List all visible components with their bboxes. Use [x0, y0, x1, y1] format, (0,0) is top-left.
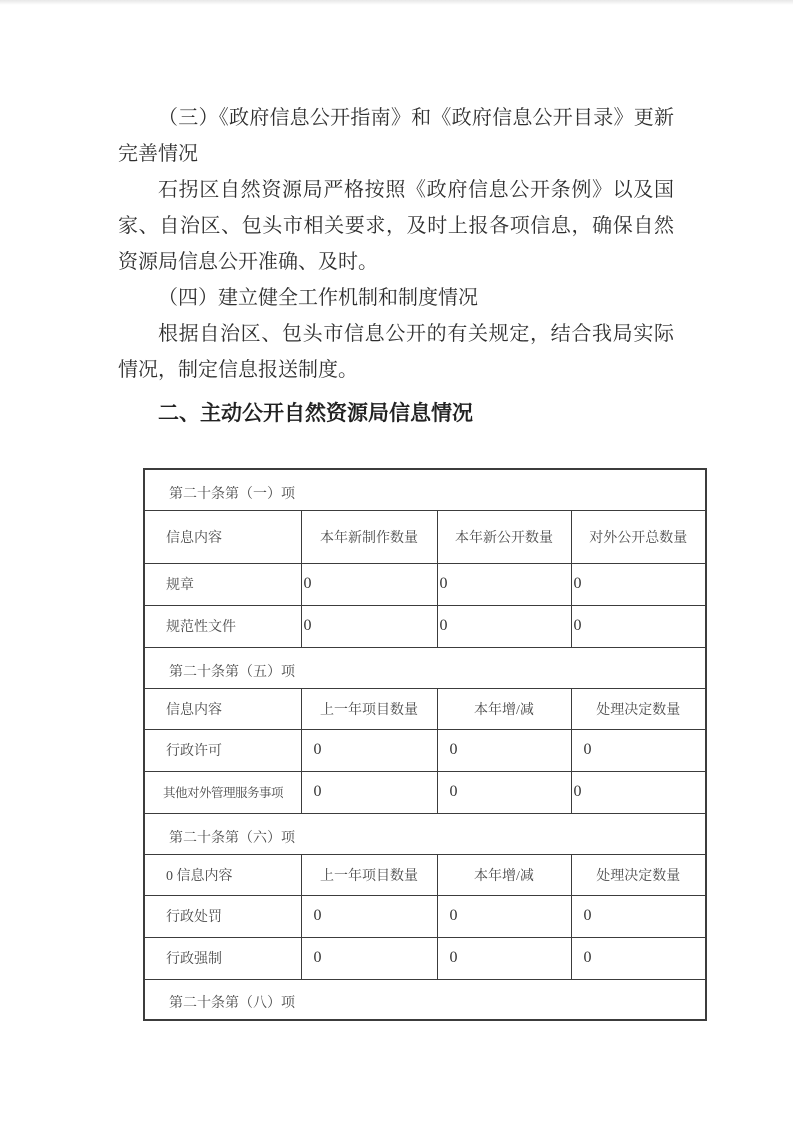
- paragraph-guide-catalog-update: （三）《政府信息公开指南》和《政府信息公开目录》更新完善情况: [118, 100, 674, 172]
- cell-value: 0: [437, 771, 571, 813]
- row-label: 行政处罚: [144, 895, 301, 937]
- paragraph-reporting-compliance: 石拐区自然资源局严格按照《政府信息公开条例》以及国家、自治区、包头市相关要求，及…: [118, 172, 674, 280]
- table-header-row: 信息内容本年新制作数量本年新公开数量对外公开总数量: [144, 510, 706, 563]
- cell-value: 0: [301, 937, 437, 979]
- table-header-row: 信息内容上一年项目数量本年增/减处理决定数量: [144, 688, 706, 729]
- table-section-row: 第二十条第（六）项: [144, 813, 706, 854]
- table-section-row: 第二十条第（一）项: [144, 469, 706, 510]
- column-header: 上一年项目数量: [301, 854, 437, 895]
- document-page: （三）《政府信息公开指南》和《政府信息公开目录》更新完善情况 石拐区自然资源局严…: [0, 0, 793, 1122]
- cell-value: 0: [437, 895, 571, 937]
- row-label: 行政强制: [144, 937, 301, 979]
- column-header: 本年增/减: [437, 854, 571, 895]
- column-header: 处理决定数量: [571, 854, 706, 895]
- table-data-row: 规范性文件000: [144, 605, 706, 647]
- row-label: 其他对外管理服务事项: [144, 771, 301, 813]
- cell-value: 0: [571, 937, 706, 979]
- cell-value: 0: [571, 563, 706, 605]
- table-data-row: 其他对外管理服务事项000: [144, 771, 706, 813]
- section-label: 第二十条第（一）项: [144, 469, 706, 510]
- section-label: 第二十条第（六）项: [144, 813, 706, 854]
- cell-value: 0: [301, 895, 437, 937]
- paragraph-reporting-system: 根据自治区、包头市信息公开的有关规定，结合我局实际情况，制定信息报送制度。: [118, 316, 674, 388]
- disclosure-report-table: 第二十条第（一）项信息内容本年新制作数量本年新公开数量对外公开总数量规章000规…: [143, 468, 707, 1021]
- cell-value: 0: [571, 895, 706, 937]
- table-header-row: 0 信息内容上一年项目数量本年增/减处理决定数量: [144, 854, 706, 895]
- column-header: 本年新公开数量: [437, 510, 571, 563]
- cell-value: 0: [437, 563, 571, 605]
- cell-value: 0: [301, 563, 437, 605]
- paragraph-work-mechanism: （四）建立健全工作机制和制度情况: [118, 280, 674, 316]
- cell-value: 0: [301, 605, 437, 647]
- column-header-label: 信息内容: [144, 688, 301, 729]
- section-label: 第二十条第（五）项: [144, 647, 706, 688]
- section-heading-active-disclosure: 二、主动公开自然资源局信息情况: [118, 396, 674, 432]
- document-body: （三）《政府信息公开指南》和《政府信息公开目录》更新完善情况 石拐区自然资源局严…: [118, 100, 674, 432]
- cell-value: 0: [437, 729, 571, 771]
- column-header-label: 信息内容: [144, 510, 301, 563]
- cell-value: 0: [571, 771, 706, 813]
- column-header: 处理决定数量: [571, 688, 706, 729]
- cell-value: 0: [571, 605, 706, 647]
- section-label: 第二十条第（八）项: [144, 979, 706, 1020]
- column-header: 对外公开总数量: [571, 510, 706, 563]
- table-data-row: 规章000: [144, 563, 706, 605]
- page-top-edge: [0, 0, 793, 5]
- cell-value: 0: [301, 771, 437, 813]
- table-section-row: 第二十条第（八）项: [144, 979, 706, 1020]
- column-header: 本年增/减: [437, 688, 571, 729]
- table-data-row: 行政许可000: [144, 729, 706, 771]
- cell-value: 0: [437, 605, 571, 647]
- cell-value: 0: [571, 729, 706, 771]
- cell-value: 0: [301, 729, 437, 771]
- column-header-label: 0 信息内容: [144, 854, 301, 895]
- row-label: 行政许可: [144, 729, 301, 771]
- table-section-row: 第二十条第（五）项: [144, 647, 706, 688]
- column-header: 本年新制作数量: [301, 510, 437, 563]
- cell-value: 0: [437, 937, 571, 979]
- report-table-body: 第二十条第（一）项信息内容本年新制作数量本年新公开数量对外公开总数量规章000规…: [144, 469, 706, 1020]
- column-header: 上一年项目数量: [301, 688, 437, 729]
- table-data-row: 行政强制000: [144, 937, 706, 979]
- row-label: 规章: [144, 563, 301, 605]
- row-label: 规范性文件: [144, 605, 301, 647]
- table-data-row: 行政处罚000: [144, 895, 706, 937]
